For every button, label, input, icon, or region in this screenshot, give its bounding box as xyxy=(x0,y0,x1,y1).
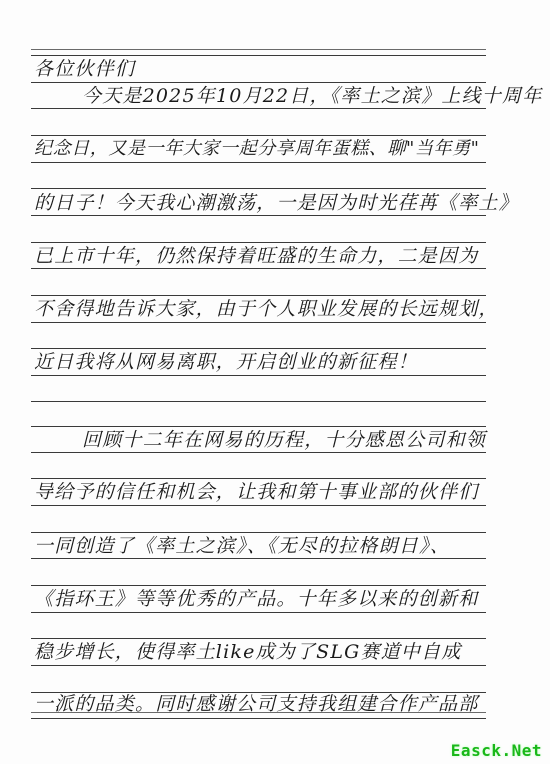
ruled-line xyxy=(31,665,486,666)
ruled-line xyxy=(31,188,486,189)
letter-line-7: 回顾十二年在网易的历程，十分感恩公司和领 xyxy=(34,428,550,452)
ruled-line xyxy=(31,401,486,402)
ruled-line xyxy=(31,375,486,376)
ruled-line xyxy=(31,558,486,559)
ruled-line xyxy=(31,452,486,453)
letter-line-10: 《指环王》等等优秀的产品。十年多以来的创新和 xyxy=(34,587,504,611)
ruled-line xyxy=(31,612,486,613)
ruled-line xyxy=(31,322,486,323)
letter-line-1: 今天是2025年10月22日，《率土之滨》上线十周年 xyxy=(34,84,550,108)
watermark: Easck.Net xyxy=(451,741,542,760)
letter-line-5: 不舍得地告诉大家，由于个人职业发展的长远规划， xyxy=(34,297,504,321)
ruled-line xyxy=(31,295,486,296)
ruled-line xyxy=(31,478,486,479)
ruled-line xyxy=(31,162,486,163)
letter-line-9: 一同创造了《率土之滨》、《无尽的拉格朗日》、 xyxy=(34,534,504,558)
ruled-line xyxy=(31,242,486,243)
ruled-line xyxy=(31,215,486,216)
ruled-line xyxy=(31,348,486,349)
ruled-line xyxy=(31,505,486,506)
salutation: 各位伙伴们 xyxy=(34,57,504,81)
ruled-line xyxy=(31,718,486,719)
ruled-line xyxy=(31,82,486,83)
ruled-line xyxy=(31,532,486,533)
letter-line-3: 的日子！今天我心潮激荡，一是因为时光荏苒《率土》 xyxy=(34,191,504,215)
ruled-line xyxy=(31,108,486,109)
ruled-line xyxy=(31,55,486,56)
ruled-line xyxy=(31,49,486,50)
ruled-line xyxy=(31,268,486,269)
ruled-line xyxy=(31,638,486,639)
letter-paper: 各位伙伴们 今天是2025年10月22日，《率土之滨》上线十周年 纪念日，又是一… xyxy=(0,0,550,764)
letter-line-6: 近日我将从网易离职，开启创业的新征程！ xyxy=(34,350,504,374)
letter-line-8: 导给予的信任和机会，让我和第十事业部的伙伴们 xyxy=(34,480,504,504)
ruled-line xyxy=(31,585,486,586)
letter-line-2: 纪念日，又是一年大家一起分享周年蛋糕、聊"当年勇" xyxy=(34,137,504,161)
ruled-line xyxy=(31,426,486,427)
ruled-line xyxy=(31,135,486,136)
letter-line-4: 已上市十年，仍然保持着旺盛的生命力，二是因为 xyxy=(34,244,504,268)
letter-line-11: 稳步增长，使得率土like成为了SLG赛道中自成 xyxy=(34,640,504,664)
letter-line-12: 一派的品类。同时感谢公司支持我组建合作产品部 xyxy=(34,692,504,716)
